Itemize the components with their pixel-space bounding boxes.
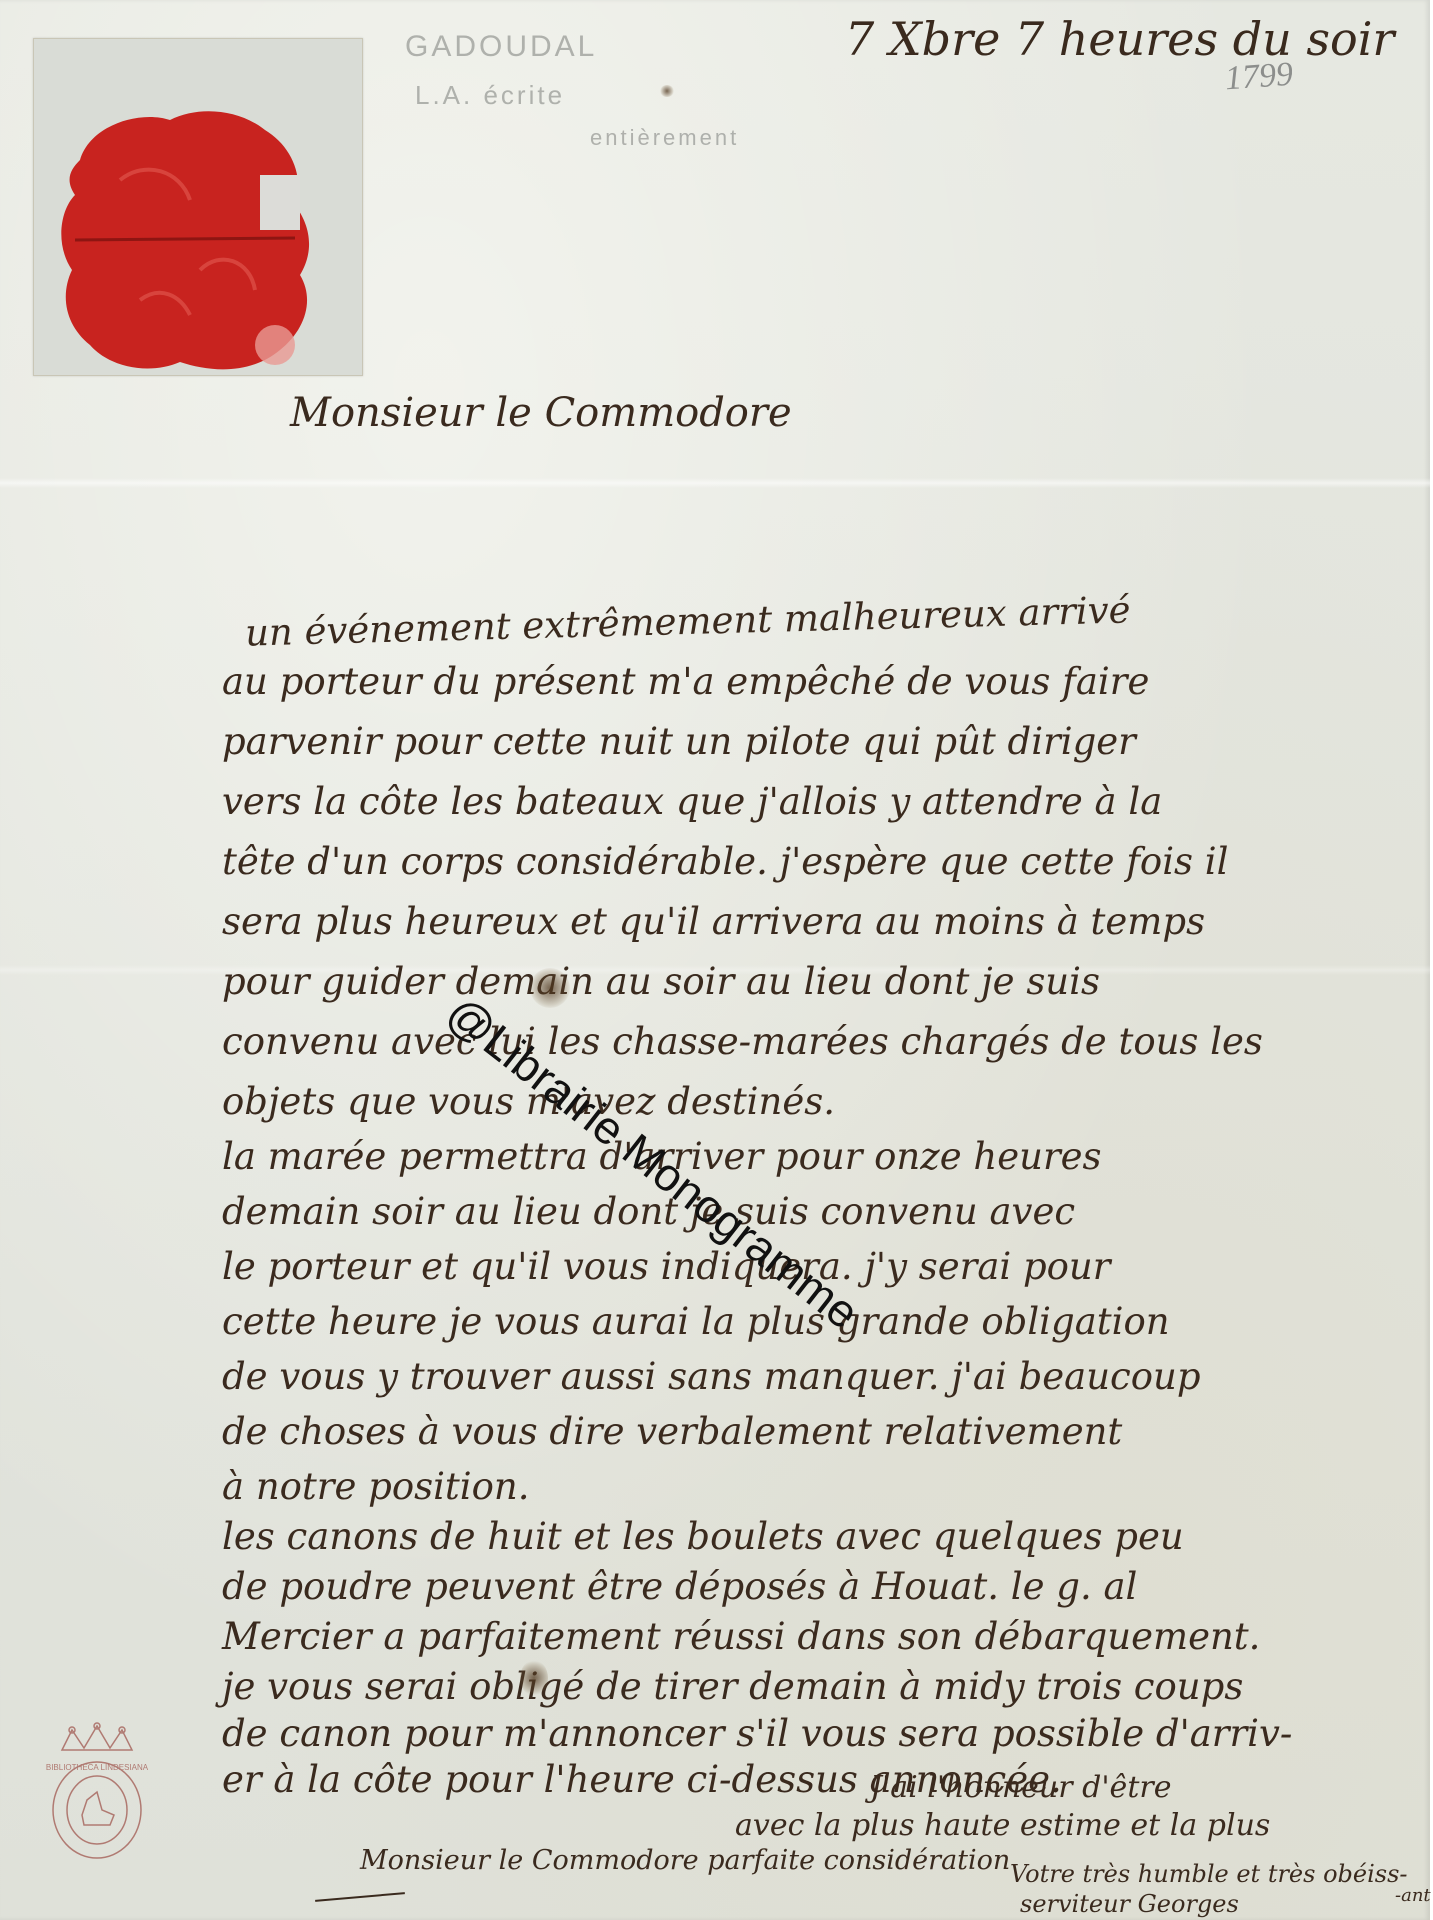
- ink-stain: [520, 1660, 548, 1696]
- body-line: demain soir au lieu dont je suis convenu…: [222, 1190, 1075, 1233]
- closing-line: Monsieur le Commodore parfaite considéra…: [360, 1845, 1010, 1876]
- paper-fold-line: [0, 478, 1430, 488]
- pencil-note-name: GADOUDAL: [405, 30, 597, 64]
- signature: serviteur Georges: [1020, 1890, 1239, 1918]
- pencil-note-extent: entièrement: [590, 125, 739, 151]
- salutation: Monsieur le Commodore: [290, 390, 792, 436]
- wax-seal-icon: [50, 100, 315, 380]
- body-line: de poudre peuvent être déposés à Houat. …: [222, 1565, 1137, 1608]
- body-line: les canons de huit et les boulets avec q…: [222, 1515, 1184, 1558]
- body-line: de vous y trouver aussi sans manquer. j'…: [222, 1355, 1201, 1398]
- library-stamp-icon: BIBLIOTHECA LINDESIANA: [42, 1720, 152, 1860]
- stamp-text: BIBLIOTHECA LINDESIANA: [46, 1763, 149, 1772]
- closing-line: Votre très humble et très obéiss-: [1010, 1860, 1408, 1888]
- pencil-note-type: L.A. écrite: [415, 80, 565, 111]
- body-line: convenu avec lui les chasse-marées charg…: [222, 1020, 1263, 1063]
- body-line: un événement extrêmement malheureux arri…: [245, 588, 1131, 654]
- body-line: Mercier a parfaitement réussi dans son d…: [222, 1615, 1260, 1658]
- body-line: tête d'un corps considérable. j'espère q…: [222, 840, 1228, 883]
- letter-date: 7 Xbre 7 heures du soir: [845, 12, 1394, 66]
- closing-line: avec la plus haute estime et la plus: [735, 1808, 1270, 1843]
- ink-stain: [530, 968, 570, 1008]
- body-line: cette heure je vous aurai la plus grande…: [222, 1300, 1170, 1343]
- closing-line: -ant: [1395, 1885, 1431, 1906]
- year-annotation: 1799: [1224, 56, 1294, 99]
- letter-sheet: GADOUDAL L.A. écrite entièrement 7 Xbre …: [0, 0, 1430, 1920]
- body-line: de canon pour m'annoncer s'il vous sera …: [222, 1712, 1292, 1755]
- body-line: sera plus heureux et qu'il arrivera au m…: [222, 900, 1205, 943]
- body-line: je vous serai obligé de tirer demain à m…: [222, 1665, 1243, 1708]
- body-line: pour guider demain au soir au lieu dont …: [222, 960, 1100, 1003]
- body-line: à notre position.: [222, 1465, 530, 1508]
- body-line: le porteur et qu'il vous indiquera. j'y …: [222, 1245, 1110, 1288]
- ink-stain: [660, 85, 674, 97]
- closing-line: J'ai l'honneur d'être: [870, 1770, 1171, 1805]
- body-line: vers la côte les bateaux que j'allois y …: [222, 780, 1162, 823]
- body-line: parvenir pour cette nuit un pilote qui p…: [222, 720, 1136, 763]
- signature-underline: [315, 1892, 405, 1902]
- body-line: de choses à vous dire verbalement relati…: [222, 1410, 1122, 1453]
- body-line: au porteur du présent m'a empêché de vou…: [222, 660, 1149, 703]
